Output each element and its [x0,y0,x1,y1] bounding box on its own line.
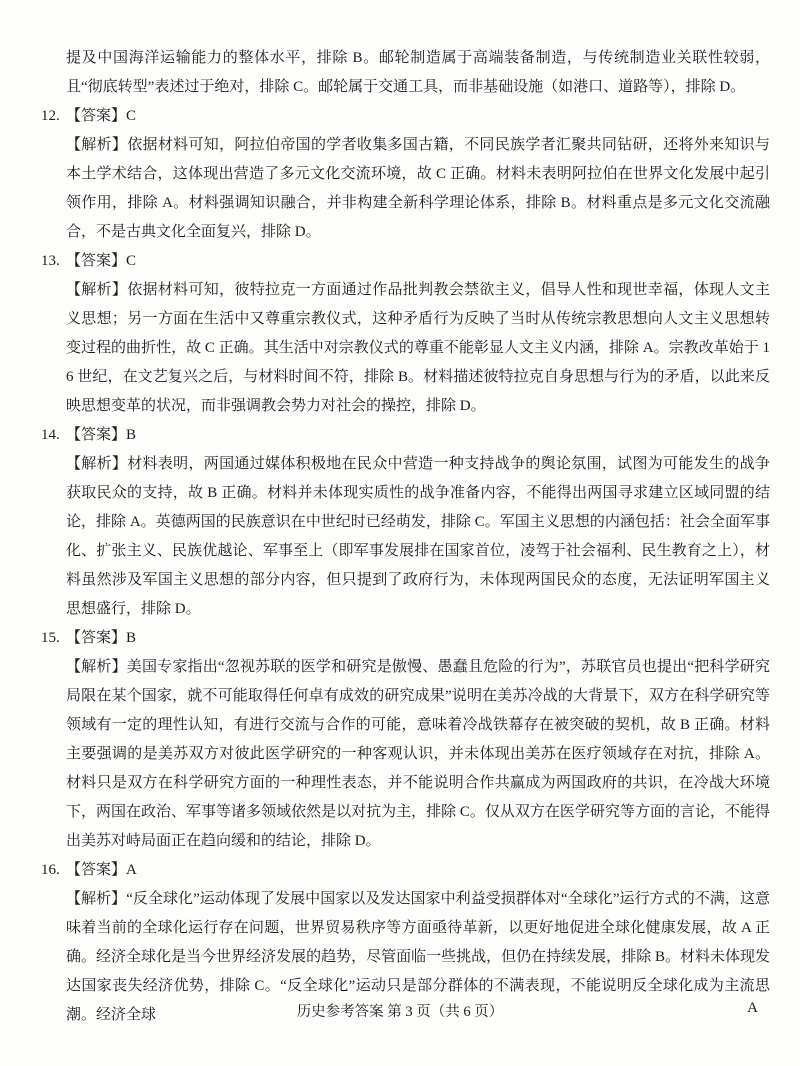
analysis-label: 【解析】 [66,282,127,298]
page-footer: 历史参考答案 第 3 页（共 6 页） A [0,998,800,1027]
answer-letter: C [126,253,136,269]
answer-sheet-page: 提及中国海洋运输能力的整体水平，排除 B。邮轮制造属于高端装备制造，与传统制造业… [0,0,800,1066]
answer-line: 【答案】A [66,856,770,885]
question-block-15: 15. 【答案】B 【解析】美国专家指出“忽视苏联的医学和研究是傲慢、愚蠢且危险… [66,624,770,856]
answer-label: 【答案】 [66,427,126,443]
answer-letter: C [126,108,136,124]
analysis-label: 【解析】 [66,659,127,675]
question-block-13: 13. 【答案】C 【解析】依据材料可知，彼特拉克一方面通过作品批判教会禁欲主义… [66,247,770,421]
answer-letter: B [126,427,136,443]
answer-line: 【答案】B [66,421,770,450]
analysis-text: 依据材料可知，阿拉伯帝国的学者收集多国古籍，不同民族学者汇聚共同钻研，还将外来知… [66,137,770,240]
answer-letter: A [126,862,137,878]
analysis-text: 美国专家指出“忽视苏联的医学和研究是傲慢、愚蠢且危险的行为”，苏联官员也提出“把… [66,659,770,849]
question-block-12: 12. 【答案】C 【解析】依据材料可知，阿拉伯帝国的学者收集多国古籍，不同民族… [66,102,770,247]
question-number: 12. [41,102,60,131]
answer-line: 【答案】C [66,102,770,131]
question-block-14: 14. 【答案】B 【解析】材料表明，两国通过媒体积极地在民众中营造一种支持战争… [66,421,770,624]
analysis-label: 【解析】 [66,891,126,907]
analysis-paragraph: 【解析】依据材料可知，阿拉伯帝国的学者收集多国古籍，不同民族学者汇聚共同钻研，还… [66,131,770,247]
answer-letter: B [126,630,136,646]
analysis-text: 材料表明，两国通过媒体积极地在民众中营造一种支持战争的舆论氛围，试图为可能发生的… [66,456,770,617]
footer-version-letter: A [747,994,758,1023]
answer-line: 【答案】B [66,624,770,653]
analysis-paragraph: 【解析】美国专家指出“忽视苏联的医学和研究是傲慢、愚蠢且危险的行为”，苏联官员也… [66,653,770,856]
analysis-paragraph: 【解析】材料表明，两国通过媒体积极地在民众中营造一种支持战争的舆论氛围，试图为可… [66,450,770,624]
question-number: 13. [41,247,60,276]
content-area: 提及中国海洋运输能力的整体水平，排除 B。邮轮制造属于高端装备制造，与传统制造业… [66,44,770,1030]
analysis-text: 依据材料可知，彼特拉克一方面通过作品批判教会禁欲主义，倡导人性和现世幸福，体现人… [66,282,770,414]
question-number: 15. [41,624,60,653]
analysis-paragraph: 【解析】依据材料可知，彼特拉克一方面通过作品批判教会禁欲主义，倡导人性和现世幸福… [66,276,770,421]
footer-page-info: 历史参考答案 第 3 页（共 6 页） [0,998,800,1027]
answer-label: 【答案】 [66,253,126,269]
question-number: 16. [41,856,60,885]
question-number: 14. [41,421,60,450]
continuation-paragraph: 提及中国海洋运输能力的整体水平，排除 B。邮轮制造属于高端装备制造，与传统制造业… [66,44,770,102]
answer-line: 【答案】C [66,247,770,276]
analysis-label: 【解析】 [66,137,127,153]
answer-label: 【答案】 [66,630,126,646]
analysis-label: 【解析】 [66,456,127,472]
answer-label: 【答案】 [66,862,126,878]
answer-label: 【答案】 [66,108,126,124]
